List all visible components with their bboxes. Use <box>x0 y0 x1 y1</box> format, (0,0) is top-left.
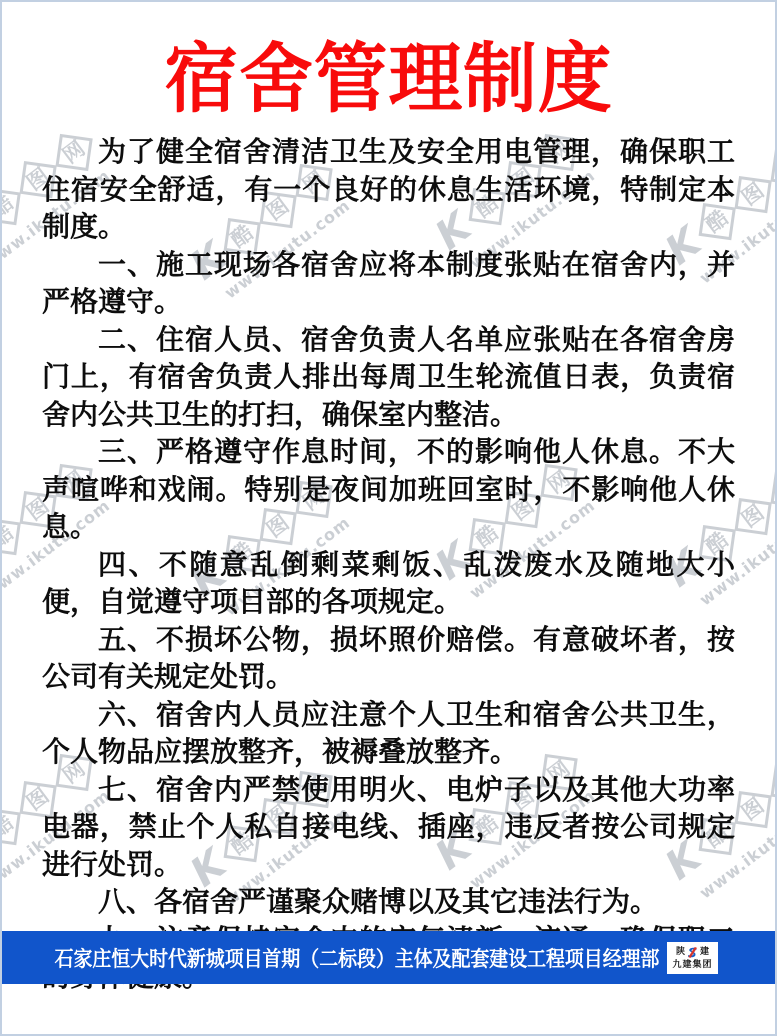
rule-paragraph: 一、施工现场各宿舍应将本制度张贴在宿舍内，并严格遵守。 <box>42 246 735 321</box>
rule-paragraph: 八、各宿舍严谨聚众赌博以及其它违法行为。 <box>42 883 735 921</box>
logo-subtext: 九建集团 <box>672 961 712 970</box>
logo-char-right: 建 <box>700 948 709 957</box>
rule-paragraph: 七、宿舍内严禁使用明火、电炉子以及其他大功率电器，禁止个人私自接电线、插座，违反… <box>42 771 735 884</box>
logo-top-row: 陕 建 <box>676 946 709 959</box>
rule-paragraph: 为了健全宿舍清洁卫生及安全用电管理，确保职工住宿安全舒适，有一个良好的休息生活环… <box>42 133 735 246</box>
dormitory-rules-poster: K酷图网www.ikutu.comK酷图网www.ikutu.comK酷图网ww… <box>0 0 777 1036</box>
rule-paragraph: 四、不随意乱倒剩菜剩饭、乱泼废水及随地大小便，自觉遵守项目部的各项规定。 <box>42 546 735 621</box>
company-logo: 陕 建 九建集团 <box>667 942 718 974</box>
rules-body: 为了健全宿舍清洁卫生及安全用电管理，确保职工住宿安全舒适，有一个良好的休息生活环… <box>2 133 775 996</box>
footer-org-name: 石家庄恒大时代新城项目首期（二标段）主体及配套建设工程项目经理部 <box>41 943 737 973</box>
footer-bar: 石家庄恒大时代新城项目首期（二标段）主体及配套建设工程项目经理部 陕 建 九建集… <box>2 931 775 984</box>
poster-content: 宿舍管理制度 为了健全宿舍清洁卫生及安全用电管理，确保职工住宿安全舒适，有一个良… <box>2 36 775 996</box>
rule-paragraph: 六、宿舍内人员应注意个人卫生和宿舍公共卫生，个人物品应摆放整齐，被褥叠放整齐。 <box>42 696 735 771</box>
rule-paragraph: 五、不损坏公物，损坏照价赔偿。有意破坏者，按公司有关规定处罚。 <box>42 621 735 696</box>
logo-char-left: 陕 <box>676 948 685 957</box>
rule-paragraph: 三、严格遵守作息时间，不的影响他人休息。不大声喧哗和戏闹。特别是夜间加班回室时，… <box>42 433 735 546</box>
rule-paragraph: 二、住宿人员、宿舍负责人名单应张贴在各宿舍房门上，有宿舍负责人排出每周卫生轮流值… <box>42 321 735 434</box>
s-ribbon-icon <box>686 946 699 959</box>
poster-title: 宿舍管理制度 <box>14 36 764 121</box>
